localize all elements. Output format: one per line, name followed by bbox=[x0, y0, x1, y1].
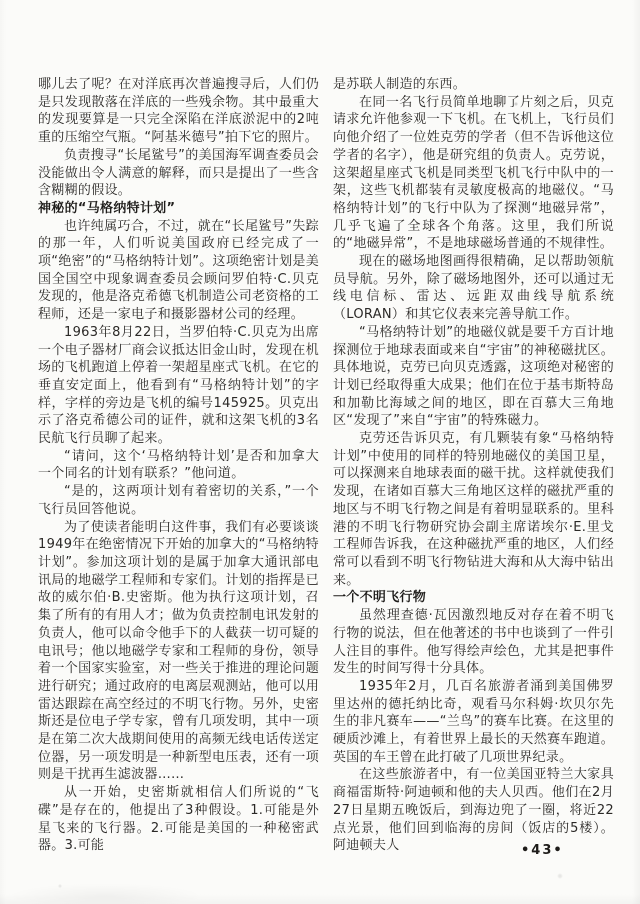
left-column: 哪儿去了呢？在对洋底再次普遍搜寻后，人们仍是只发现散落在洋底的一些残余物。其中最… bbox=[38, 76, 319, 855]
paragraph: 在这些旅游者中，有一位美国亚特兰大家具商福雷斯特·阿迪顿和他的夫人贝西。他们在2… bbox=[333, 766, 614, 855]
section-heading: 神秘的“马格纳特计划” bbox=[38, 200, 319, 218]
scanned-book-page: 哪儿去了呢？在对洋底再次普遍搜寻后，人们仍是只发现散落在洋底的一些残余物。其中最… bbox=[0, 0, 640, 904]
text-columns: 哪儿去了呢？在对洋底再次普遍搜寻后，人们仍是只发现散落在洋底的一些残余物。其中最… bbox=[38, 76, 614, 855]
right-column: 是苏联人制造的东西。在同一名飞行员简单地聊了片刻之后，贝克请求允许他参观一下飞机… bbox=[333, 76, 614, 855]
paragraph: 现在的磁场地图画得很精确，足以帮助领航员导航。另外，除了磁场地图外，还可以通过无… bbox=[333, 253, 614, 324]
paragraph: 哪儿去了呢？在对洋底再次普遍搜寻后，人们仍是只发现散落在洋底的一些残余物。其中最… bbox=[38, 76, 319, 147]
paragraph: 1963年8月22日，当罗伯特·C.贝克为出席一个电子器材厂商会议抵达旧金山时，… bbox=[38, 324, 319, 448]
paragraph: 在同一名飞行员简单地聊了片刻之后，贝克请求允许他参观一下飞机。在飞机上，飞行员们… bbox=[333, 94, 614, 253]
paragraph: 虽然理查德·瓦因激烈地反对存在着不明飞行物的说法，但在他著述的书中也谈到了一件引… bbox=[333, 607, 614, 678]
section-heading: 一个不明飞行物 bbox=[333, 589, 614, 607]
paragraph: “请问，这个‘马格纳特计划’是否和加拿大一个同名的计划有联系？”他问道。 bbox=[38, 448, 319, 483]
paragraph: 为了使读者能明白这件事，我们有必要谈谈1949年在绝密情况下开始的加拿大的“马格… bbox=[38, 519, 319, 785]
paragraph: 克劳还告诉贝克，有几颗装有象“马格纳特计划”中使用的同样的特别地磁仪的美国卫星，… bbox=[333, 430, 614, 589]
paragraph: “是的，这两项计划有着密切的关系，”一个飞行员回答他说。 bbox=[38, 483, 319, 518]
paragraph: 负责搜寻“长尾鲨号”的美国海军调查委员会没能做出令人满意的解释，而只是提出了一些… bbox=[38, 147, 319, 200]
paragraph: 也许纯属巧合，不过，就在“长尾鲨号”失踪的那一年，人们听说美国政府已经完成了一项… bbox=[38, 218, 319, 324]
paragraph: 从一开始，史密斯就相信人们所说的“飞碟”是存在的，他提出了3种假设。1.可能是外… bbox=[38, 784, 319, 855]
paragraph: “马格纳特计划”的地磁仪就是要千方百计地探测位于地球表面或来自“宇宙”的神秘磁扰… bbox=[333, 324, 614, 430]
page-number: •43• bbox=[521, 843, 564, 858]
paragraph: 1935年2月，几百名旅游者涌到美国佛罗里达州的德托纳比奇，观看马尔科姆·坎贝尔… bbox=[333, 678, 614, 767]
paragraph: 是苏联人制造的东西。 bbox=[333, 76, 614, 94]
